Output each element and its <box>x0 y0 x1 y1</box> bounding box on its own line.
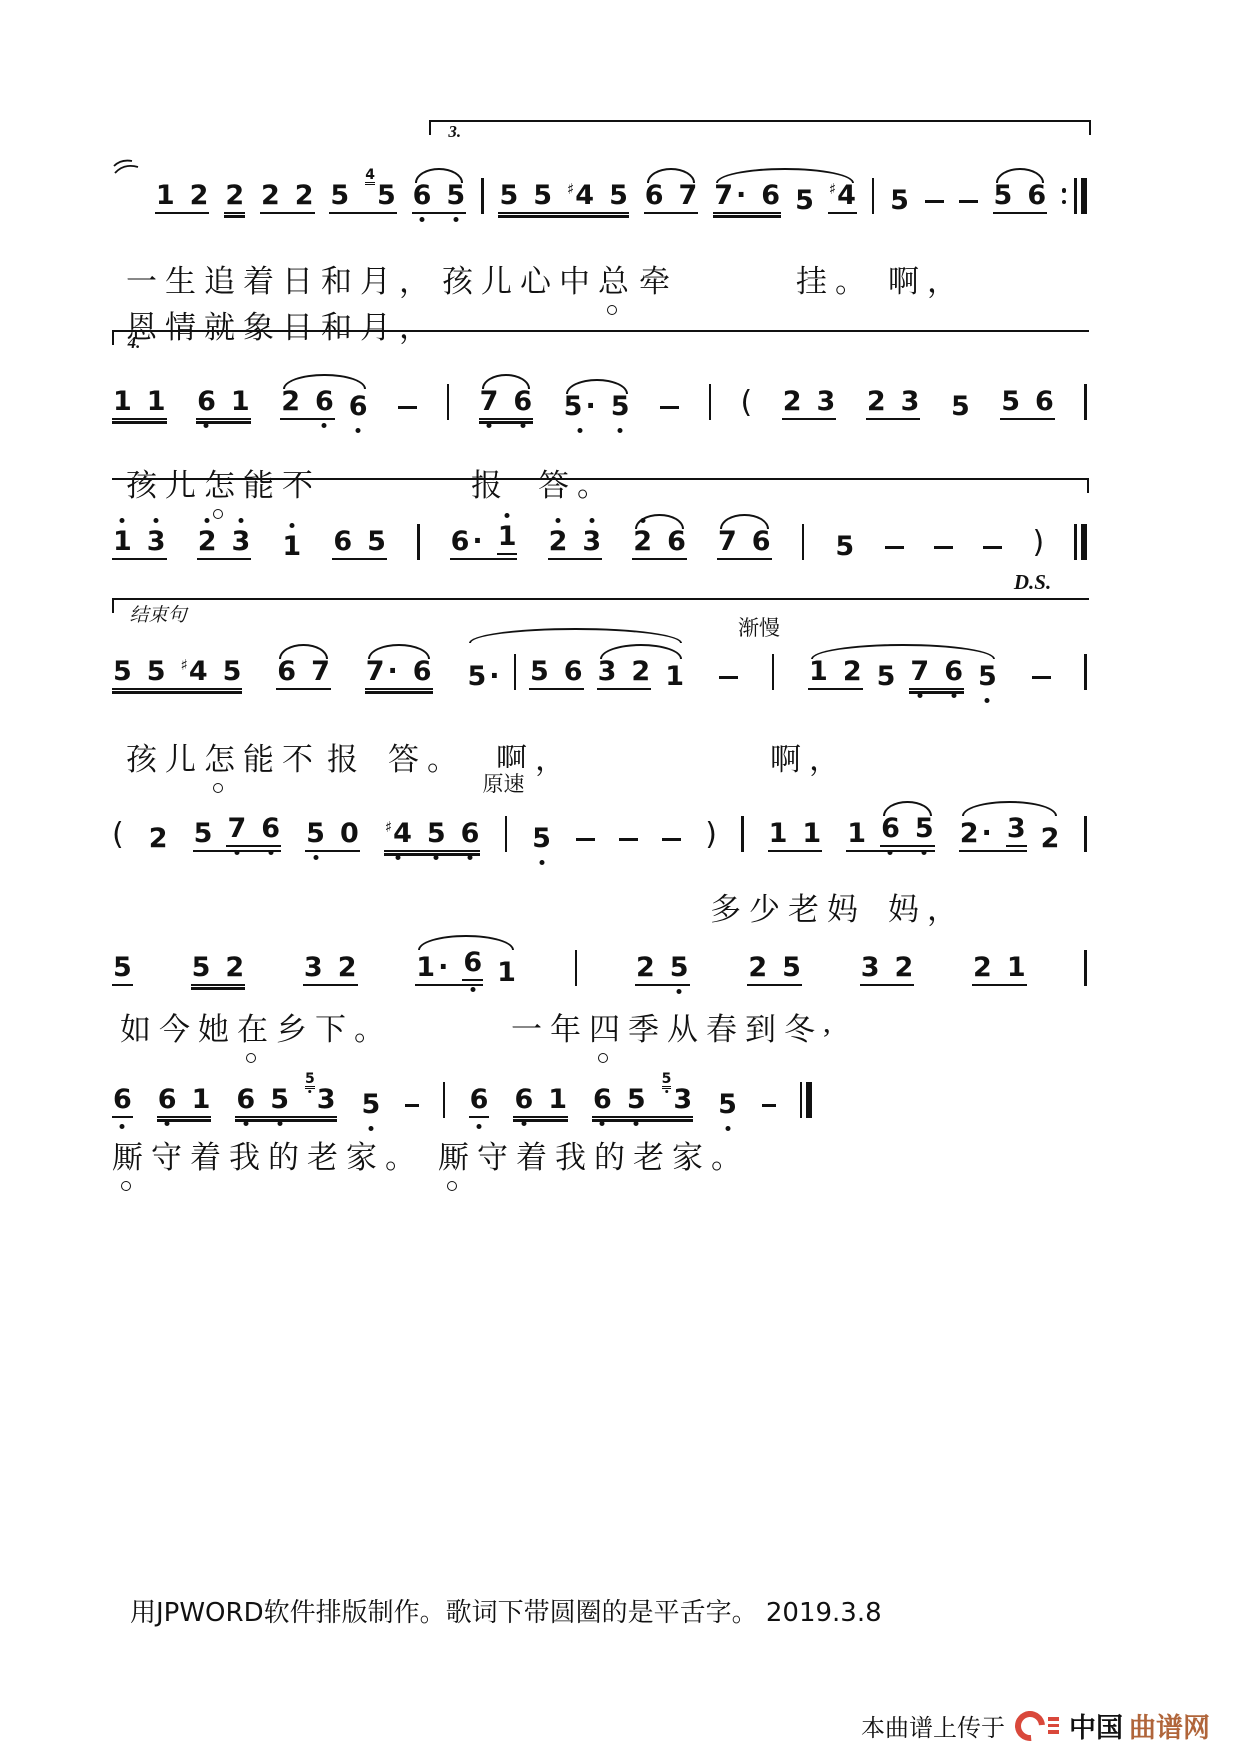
jianpu-note: 2 <box>635 954 656 981</box>
note-number: 1 <box>156 182 175 209</box>
lyric-char: 和 <box>321 256 352 301</box>
low-octave-dot <box>420 217 425 222</box>
jianpu-note: 2 <box>747 954 768 981</box>
jianpu-note: 1 <box>146 388 167 415</box>
jianpu-note: 2 <box>842 658 863 685</box>
note-number: 2 <box>631 658 650 685</box>
duration-dash <box>619 838 638 842</box>
augmentation-dot: · <box>489 663 499 690</box>
jianpu-note: 5 <box>191 954 212 981</box>
lyric-char: 家 <box>346 1132 377 1177</box>
beam-group: 55♯45 <box>498 182 628 214</box>
slur-group: 321 <box>597 642 685 690</box>
lyric-char: 。 <box>711 1132 742 1177</box>
beam-group: 12 <box>808 658 863 690</box>
jianpu-note: 6 <box>412 658 433 685</box>
jianpu-note: 5 <box>532 182 553 209</box>
lyric-char: 心 <box>520 256 551 301</box>
note-number: 6 <box>761 182 780 209</box>
note-number: 6 <box>514 1086 533 1113</box>
note-number: 5 <box>446 182 465 209</box>
note-number: 2 <box>261 182 280 209</box>
upload-credit: 本曲谱上传于 中国 曲谱网 <box>861 1706 1210 1745</box>
barline <box>575 950 578 986</box>
jianpu-note: 5 <box>914 815 935 842</box>
jianpu-note: 6 <box>513 1086 534 1113</box>
note-number: 6 <box>261 815 280 842</box>
beam-group: 55♯45 <box>112 658 242 690</box>
note-number: 1 <box>113 388 132 415</box>
slur-group: 26 <box>632 512 687 560</box>
note-number: 3 <box>861 954 880 981</box>
system-7: 6616553566165535厮守着我的老家。厮守着我的老家。 <box>112 1050 1087 1118</box>
note-number: 6 <box>564 658 583 685</box>
note-number: 2 <box>783 388 802 415</box>
jianpu-note: 1 <box>112 388 133 415</box>
lyric-char: 老 <box>633 1132 664 1177</box>
note-number: 5 <box>427 820 446 847</box>
note-number: 4 <box>393 820 412 847</box>
sheet-music-page: 3.122225456555♯45677·65♯4556一生追着日和月，孩儿心中… <box>0 0 1240 1754</box>
low-octave-dot <box>486 423 491 428</box>
slur-group: 5·56321 <box>466 626 685 690</box>
brand-name-colored: 曲谱网 <box>1129 1706 1210 1745</box>
thin-bar <box>800 1082 803 1118</box>
jianpu-note: 3 <box>581 528 602 555</box>
note-number: 5 <box>718 1091 737 1118</box>
jianpu-note: 6 <box>1026 182 1047 209</box>
jianpu-note: 3 <box>597 658 618 685</box>
lyric-spacer <box>321 460 471 461</box>
lyric-char: ， <box>399 256 430 301</box>
low-octave-dot <box>600 1121 605 1126</box>
beam-group: 545 <box>329 182 396 214</box>
sharp-accidental: ♯ <box>567 182 574 197</box>
jianpu-note: 2 <box>148 825 169 852</box>
jianpu-note: 3 <box>900 388 921 415</box>
duration-dash <box>983 546 1002 550</box>
note-number: 2 <box>748 954 767 981</box>
jianpu-note: 5 <box>222 658 243 685</box>
jianpu-note: 3 <box>816 388 837 415</box>
low-octave-dot <box>922 850 927 855</box>
jianpu-note: 6 <box>751 528 772 555</box>
note-number: 5 <box>564 393 583 420</box>
note-number: 6 <box>315 388 334 415</box>
second-beam <box>157 1119 212 1122</box>
brand-name-black: 中国 <box>1069 1706 1123 1745</box>
barline <box>481 178 484 214</box>
low-octave-dot <box>917 693 922 698</box>
low-octave-dot <box>577 428 582 433</box>
note-number: 1 <box>1007 954 1026 981</box>
low-octave-dot <box>322 423 327 428</box>
note-number: 1 <box>498 523 517 550</box>
note-number: 5 <box>994 182 1013 209</box>
barline <box>772 654 775 690</box>
jianpu-note: 5 <box>269 1086 290 1113</box>
jianpu-note: 2 <box>197 528 218 555</box>
note-number: 3 <box>232 528 251 555</box>
beam-group: 32 <box>860 954 915 986</box>
beam-group: 56 <box>529 658 584 690</box>
jianpu-note: 5 <box>445 182 466 209</box>
barline <box>1084 384 1087 420</box>
lyric-char: 季 <box>628 1004 659 1049</box>
lyric-spacer <box>466 734 496 735</box>
second-beam <box>191 987 246 990</box>
duration-dash <box>762 1104 776 1108</box>
jianpu-note: 6 <box>412 182 433 209</box>
beam-group: 32 <box>597 658 652 690</box>
note-number: 2 <box>549 528 568 555</box>
notes-row: 6616553566165535 <box>112 1062 812 1118</box>
note-number: 5 <box>306 820 325 847</box>
jianpu-note: 6 <box>563 658 584 685</box>
note-number: 6 <box>277 658 296 685</box>
lyric-spacer <box>866 884 888 885</box>
jianpu-note: 1 <box>230 388 251 415</box>
lyric-char: 厮 <box>112 1132 143 1177</box>
jianpu-note: 5· <box>466 663 500 690</box>
lyric-char: 儿 <box>481 256 512 301</box>
lyric-char: 守 <box>151 1132 182 1177</box>
note-number: 6 <box>463 949 482 976</box>
note-number: 5 <box>362 1091 381 1118</box>
augmentation-dot: · <box>438 954 448 981</box>
beam-group: 7·6 <box>713 182 781 214</box>
jianpu-note: 1 <box>497 523 518 555</box>
jianpu-note: 2 <box>866 388 887 415</box>
note-number: 2 <box>973 954 992 981</box>
note-number: 5 <box>367 528 386 555</box>
note-number: 6 <box>333 528 352 555</box>
jianpu-note: 3 <box>146 528 167 555</box>
volta-bracket-line <box>112 598 1089 613</box>
slur-group: 76 <box>717 512 772 560</box>
note-number: 5 <box>113 658 132 685</box>
lyric-char: 日 <box>282 256 313 301</box>
grace-note: 4 <box>365 168 375 185</box>
low-octave-dot <box>677 989 682 994</box>
note-number: 6 <box>752 528 771 555</box>
barline <box>802 524 805 560</box>
low-octave-dot <box>356 428 361 433</box>
note-number: 6 <box>158 1086 177 1113</box>
jianpu-note: 2 <box>294 182 315 209</box>
jianpu-note: 5 <box>361 1091 382 1118</box>
lyrics-row: 一生追着日和月，孩儿心中总牵挂。啊， <box>112 256 966 301</box>
low-octave-dot <box>234 850 239 855</box>
beam-group: 23 <box>197 528 252 560</box>
jianpu-note: 5 <box>1000 388 1021 415</box>
lyrics-row: 如今她在乡下。一年四季从春到冬, <box>112 1004 839 1049</box>
thick-bar <box>1081 524 1087 560</box>
low-octave-dot <box>951 693 956 698</box>
barline <box>505 816 508 852</box>
jianpu-note: ♯4 <box>384 820 413 847</box>
augmentation-dot: · <box>982 820 992 847</box>
high-octave-dot <box>555 518 560 523</box>
jianpu-note: 5 <box>993 182 1014 209</box>
high-octave-dot <box>505 513 510 518</box>
slur-group: 7·6 <box>365 642 433 690</box>
note-number: 5 <box>1001 388 1020 415</box>
note-number: 2 <box>960 820 979 847</box>
jianpu-note: 3 <box>231 528 252 555</box>
beam-group: 6·1 <box>450 523 518 560</box>
note-number: 2 <box>198 528 217 555</box>
low-octave-dot <box>725 1126 730 1131</box>
jianpu-note: 6 <box>760 182 781 209</box>
upload-prefix-text: 本曲谱上传于 <box>861 1708 1005 1743</box>
beam-group: 76 <box>226 815 281 847</box>
jianpu-note: 5 <box>669 954 690 981</box>
jianpu-note: 2 <box>189 182 210 209</box>
duration-dash <box>398 406 417 410</box>
repeat-barline <box>1062 178 1087 214</box>
jianpu-note: 1 <box>846 820 867 847</box>
note-number: 7 <box>679 182 698 209</box>
note-number: 2 <box>894 954 913 981</box>
beam-group: 21 <box>972 954 1027 986</box>
jianpu-note: ♯4 <box>566 182 595 209</box>
note-number: 6 <box>645 182 664 209</box>
low-octave-dot <box>277 1121 282 1126</box>
jianpu-note: 2 <box>280 388 301 415</box>
note-number: 7 <box>910 658 929 685</box>
volta-label: 4. <box>128 333 141 353</box>
note-number: 4 <box>575 182 594 209</box>
jianpu-note: 7· <box>713 182 747 209</box>
jianpu-note: 2 <box>1040 825 1061 852</box>
jianpu-note: 1 <box>112 528 133 555</box>
lyric-spacer <box>112 1004 120 1005</box>
jianpu-note: 1 <box>155 182 176 209</box>
jianpu-note: 6 <box>460 820 481 847</box>
jianpu-note: 1 <box>801 820 822 847</box>
note-number: 5 <box>782 954 801 981</box>
parenthesis: ) <box>1033 528 1045 558</box>
jianpu-note: ♯4 <box>828 182 857 214</box>
note-number: 3 <box>317 1086 336 1113</box>
note-number: 5 <box>530 658 549 685</box>
note-number: 5 <box>627 1086 646 1113</box>
notes-row: 1161266765·5(2323556 <box>112 364 1087 420</box>
sharp-accidental: ♯ <box>181 658 188 673</box>
barline <box>709 384 712 420</box>
jianpu-note: 7 <box>310 658 331 685</box>
volta-label: 3. <box>448 122 461 142</box>
jianpu-note: 6 <box>469 1086 490 1118</box>
lyric-char: 着 <box>243 256 274 301</box>
jianpu-note: 3 <box>1006 815 1027 847</box>
thick-bar <box>1081 178 1087 214</box>
jianpu-note: 6 <box>666 528 687 555</box>
jianpu-note: 6 <box>112 1086 133 1118</box>
note-number: 5 <box>877 663 896 690</box>
slur-group: 5·5 <box>563 377 631 420</box>
augmentation-dot: · <box>736 182 746 209</box>
jianpu-note: 5 <box>112 954 133 986</box>
second-beam <box>713 215 781 218</box>
lyric-char: 如 <box>120 1004 151 1049</box>
note-number: 6 <box>236 1086 255 1113</box>
jianpu-note: 5 <box>834 533 855 560</box>
beam-group: 76 <box>909 658 964 690</box>
volta-label: 结束句 <box>130 600 187 627</box>
note-number: 5 <box>978 663 997 690</box>
jianpu-note: 1 <box>191 1086 212 1113</box>
beam-group: 23 <box>548 528 603 560</box>
low-octave-dot <box>985 698 990 703</box>
jianpu-note: 1 <box>281 533 302 560</box>
barline <box>1084 654 1087 690</box>
duration-dash <box>885 546 904 550</box>
lyric-char: 着 <box>516 1132 547 1177</box>
high-octave-dot <box>589 518 594 523</box>
note-number: 6 <box>593 1086 612 1113</box>
jianpu-note: 6 <box>196 388 217 415</box>
note-number: 3 <box>673 1086 692 1113</box>
lyric-char: 乡 <box>276 1004 307 1049</box>
beam-group: 12 <box>155 182 210 214</box>
jianpu-note: 7 <box>479 388 500 415</box>
low-octave-dot <box>470 987 475 992</box>
beam-group: 2·3 <box>959 815 1027 852</box>
beam-group: 23 <box>782 388 837 420</box>
note-number: 5 <box>147 658 166 685</box>
lyric-char: , <box>823 1004 831 1040</box>
jianpu-note: 5 <box>610 393 631 420</box>
parenthesis: ) <box>705 820 717 850</box>
beam-group: 6553 <box>592 1086 693 1118</box>
jianpu-note: 2 <box>782 388 803 415</box>
jianpu-note: 5 <box>426 820 447 847</box>
thin-bar <box>1074 524 1077 560</box>
lyric-char: 我 <box>229 1132 260 1177</box>
lyric-spacer <box>574 734 770 735</box>
note-number: 1 <box>113 528 132 555</box>
jianpu-note: 7· <box>365 658 399 685</box>
jianpu-note: 2 <box>224 954 245 981</box>
jianpu-note: 6 <box>644 182 665 209</box>
dal-segno-label: D.S. <box>1014 570 1051 595</box>
duration-dash <box>934 546 953 550</box>
lyric-char: 月 <box>360 256 391 301</box>
system-6: 552321·6125253221如今她在乡下。一年四季从春到冬, <box>112 916 1087 986</box>
logo-ring-shape <box>1009 1704 1051 1746</box>
note-number: 6 <box>349 393 368 420</box>
lyric-char: 在 <box>237 1004 268 1049</box>
beam-group: 6553 <box>235 1086 336 1118</box>
barline <box>417 524 420 560</box>
beam-group: 25 <box>747 954 802 986</box>
slur-group: 7·65♯4 <box>713 166 857 214</box>
grace-note: 5 <box>305 1072 315 1089</box>
jianpu-note: 3 <box>860 954 881 981</box>
lyric-char: 家 <box>672 1132 703 1177</box>
note-number: 6 <box>470 1086 489 1113</box>
slur-group: 65 <box>880 799 935 847</box>
jianpu-note: 6 <box>462 949 483 981</box>
jianpu-note: 5 <box>876 663 897 690</box>
notes-row: 55♯45677·65·56321125765 <box>112 634 1087 690</box>
low-octave-dot <box>468 855 473 860</box>
jianpu-note: 1 <box>496 959 517 986</box>
system-1: 3.122225456555♯45677·65♯4556一生追着日和月，孩儿心中… <box>112 120 1087 214</box>
lyric-char: 总 <box>598 256 629 301</box>
low-octave-dot <box>396 855 401 860</box>
lyric-spacer <box>678 256 796 257</box>
second-beam <box>498 215 628 218</box>
note-number: 2 <box>225 954 244 981</box>
note-number: 1 <box>769 820 788 847</box>
dot <box>1062 200 1067 205</box>
note-number: 6 <box>461 820 480 847</box>
note-number: 6 <box>1035 388 1054 415</box>
jianpu-note: 1 <box>664 663 685 690</box>
lyric-char: 挂 <box>796 256 827 301</box>
lyric-spacer <box>112 460 126 461</box>
second-beam <box>112 691 242 694</box>
jianpu-note: 5 <box>889 187 910 214</box>
note-number: 5 <box>194 820 213 847</box>
slur-group: 67 <box>644 166 699 214</box>
jianpu-note: 6 <box>943 658 964 685</box>
lyric-char: 。 <box>835 256 866 301</box>
note-number: 1 <box>416 954 435 981</box>
jianpu-note: 7 <box>226 815 247 842</box>
note-number: 6 <box>197 388 216 415</box>
note-number: 6 <box>413 658 432 685</box>
beam-group: 52 <box>191 954 246 986</box>
sharp-accidental: ♯ <box>385 820 392 835</box>
note-number: 1 <box>847 820 866 847</box>
lyric-char: 牵 <box>639 256 670 301</box>
low-octave-dot <box>165 1121 170 1126</box>
lyric-char: 从 <box>667 1004 698 1049</box>
duration-dash <box>719 676 738 680</box>
jianpu-note: 2 <box>893 954 914 981</box>
lyric-spacer <box>112 734 126 735</box>
note-number: 5 <box>223 658 242 685</box>
jianpu-note: 5 <box>193 820 214 847</box>
low-octave-dot <box>120 1124 125 1129</box>
jianpu-note: 5 <box>781 954 802 981</box>
jianpu-note: 5 <box>366 528 387 555</box>
augmentation-dot: · <box>388 658 398 685</box>
jianpu-note: 6 <box>260 815 281 842</box>
lyric-char: 中 <box>559 256 590 301</box>
jianpu-note: 5 <box>950 393 971 420</box>
note-number: 1 <box>231 388 250 415</box>
note-number: 7 <box>480 388 499 415</box>
jianpu-note: 5 <box>529 658 550 685</box>
volta-bracket-line <box>112 478 1089 493</box>
jianpu-note: 1 <box>768 820 789 847</box>
note-number: 6 <box>667 528 686 555</box>
note-number: 7 <box>366 658 385 685</box>
note-number: 1 <box>802 820 821 847</box>
logo-lines-shape <box>1048 1717 1059 1734</box>
lyric-char: 今 <box>159 1004 190 1049</box>
note-number: 6 <box>451 528 470 555</box>
lyric-char: 厮 <box>438 1132 469 1177</box>
note-number: 2 <box>843 658 862 685</box>
note-number: 3 <box>598 658 617 685</box>
lyric-spacer <box>366 734 388 735</box>
